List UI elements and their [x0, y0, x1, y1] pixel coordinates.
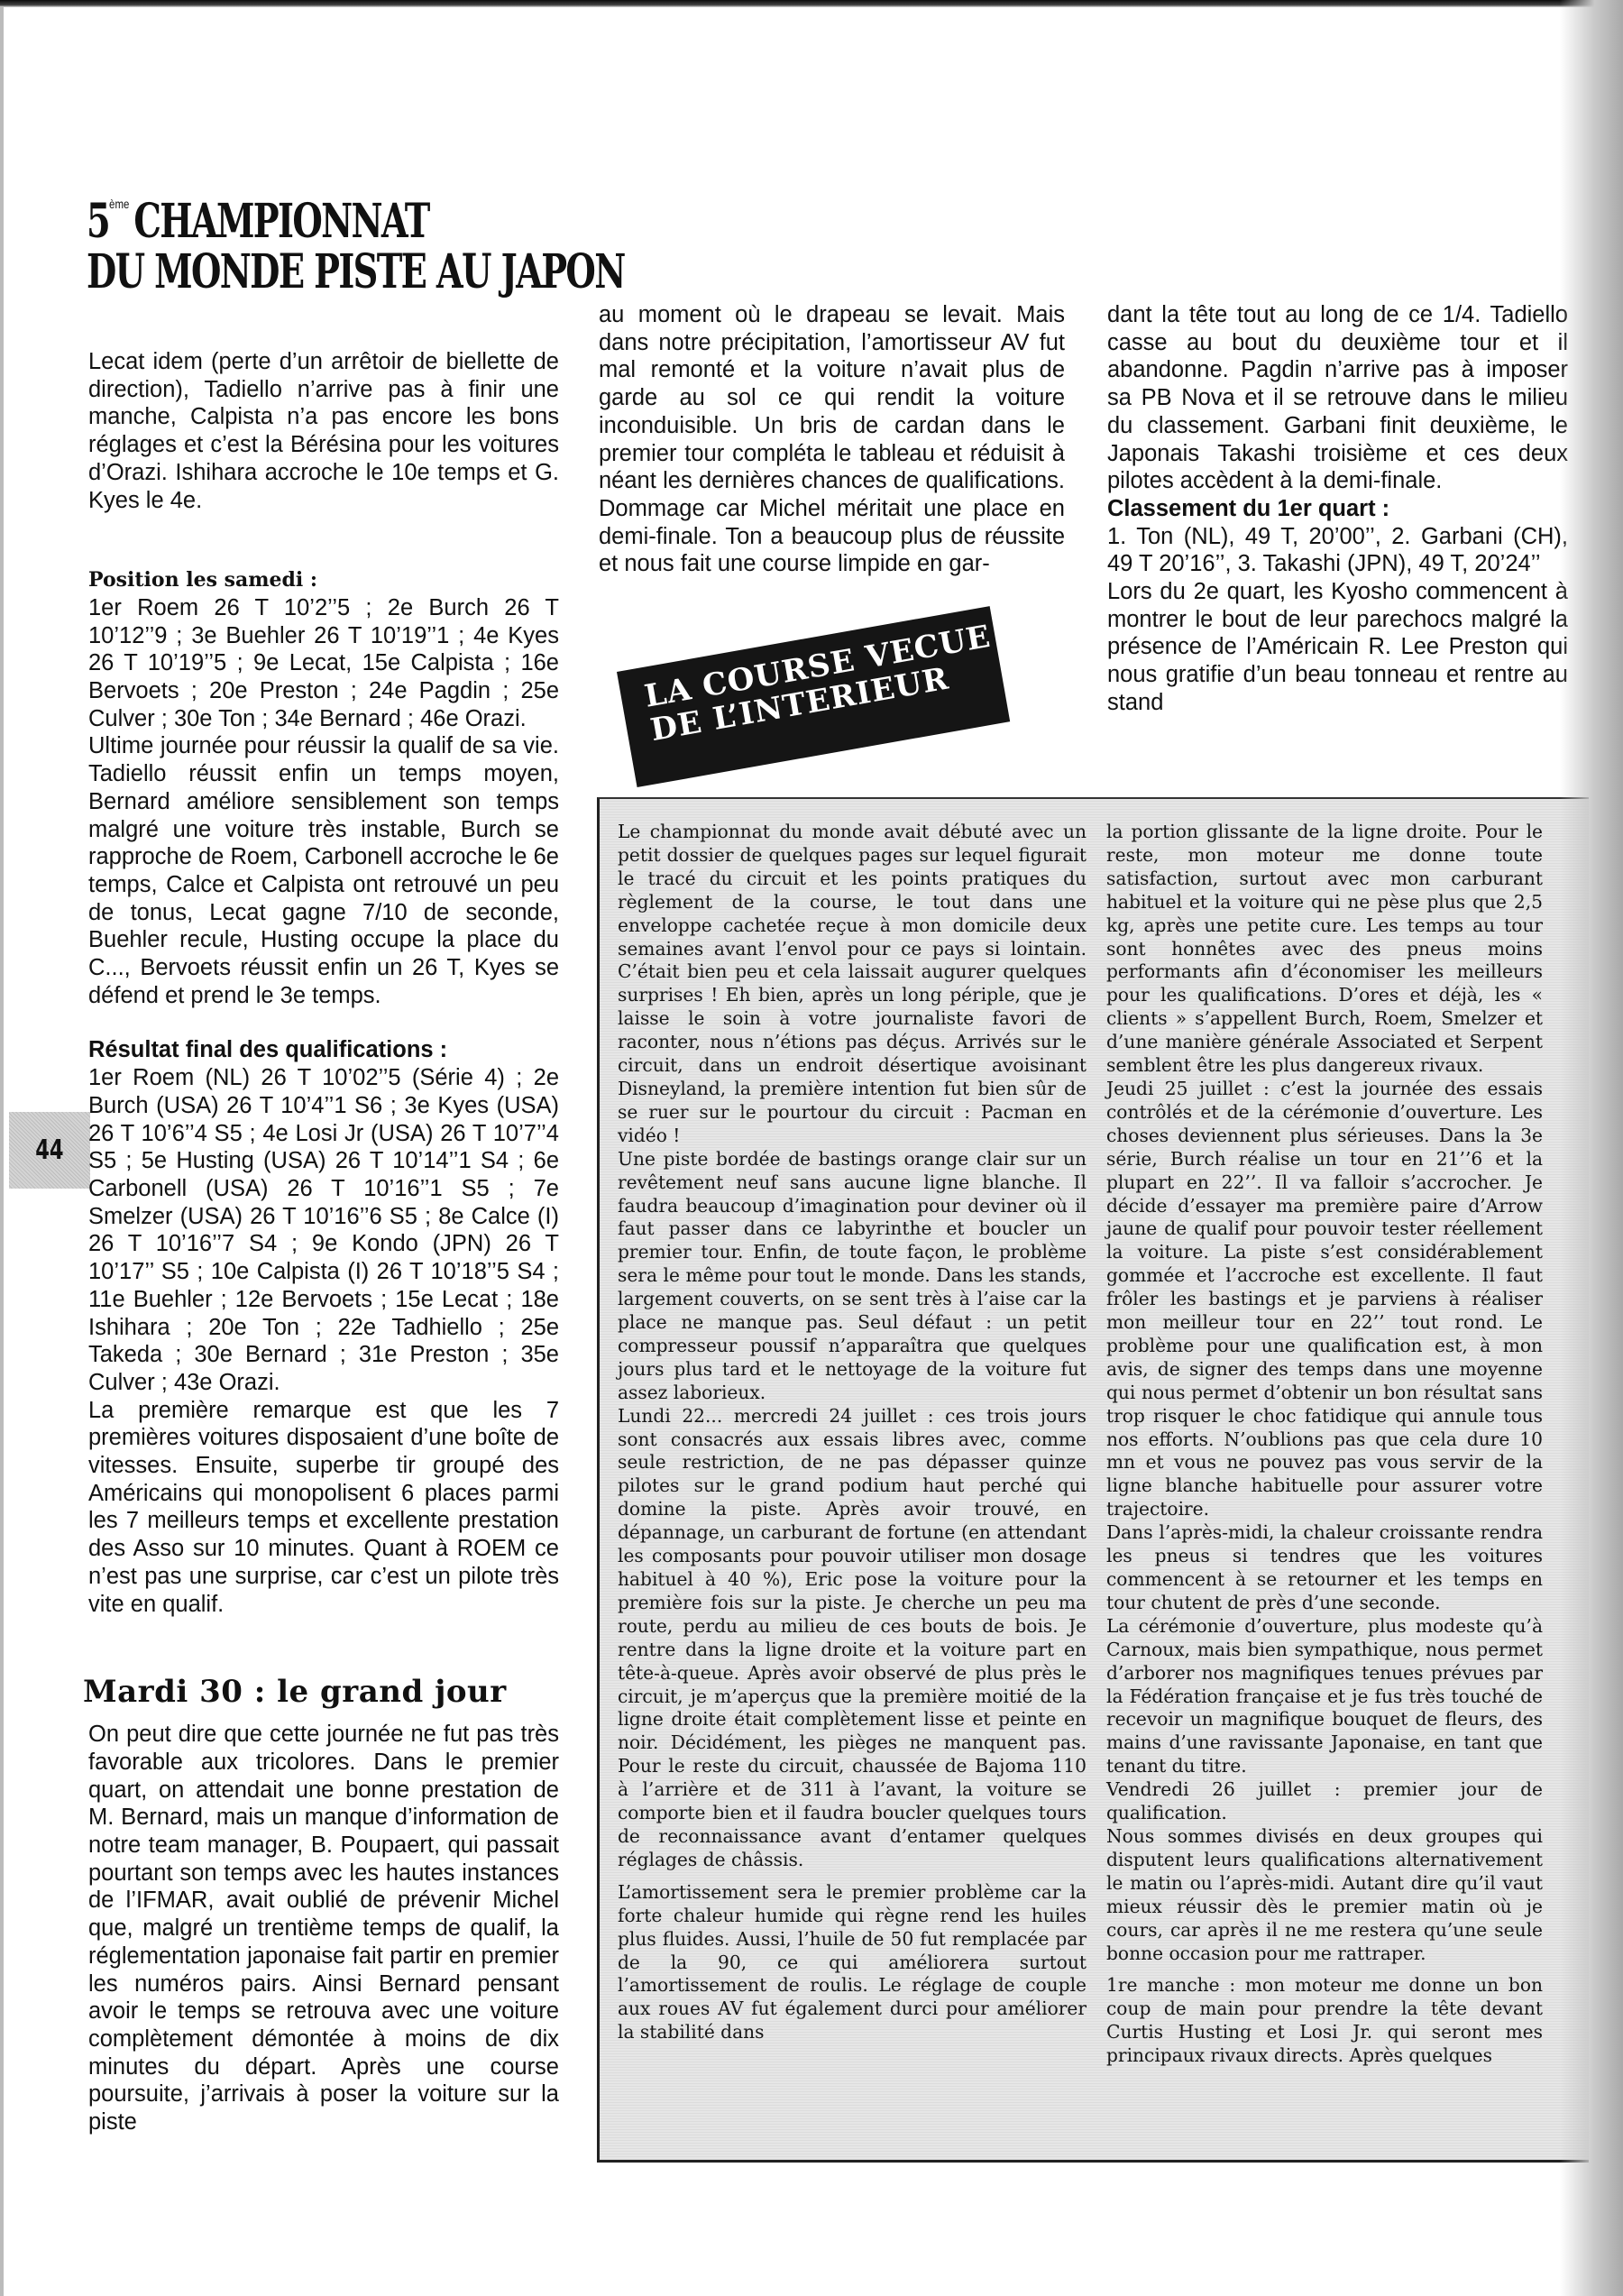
article-title: 5èmeCHAMPIONNAT DU MONDE PISTE AU JAPON	[87, 179, 500, 298]
paragraph: Lors du 2e quart, les Kyosho commencent …	[1107, 578, 1568, 717]
paragraph: Ultime journée pour réussir la qualif de…	[88, 732, 559, 1009]
column-3: dant la tête tout au long de ce 1/4. Tad…	[1107, 301, 1568, 717]
spacer	[88, 514, 559, 566]
sidebar-column-left: Le championnat du monde avait débuté ave…	[618, 821, 1087, 2044]
spacer	[88, 1618, 559, 1674]
paragraph: 1er Roem (NL) 26 T 10’02’’5 (Série 4) ; …	[88, 1064, 559, 1396]
paragraph: 1. Ton (NL), 49 T, 20’00’’, 2. Garbani (…	[1107, 523, 1568, 578]
section-heading-mardi: Mardi 30 : le grand jour	[83, 1674, 559, 1710]
paragraph: 1er Roem 26 T 10’2’’5 ; 2e Burch 26 T 10…	[88, 594, 559, 733]
page-top-shadow	[0, 0, 1623, 7]
sidebar-paragraph: Vendredi 26 juillet : premier jour de qu…	[1106, 1778, 1543, 1825]
sidebar-paragraph: Le championnat du monde avait débuté ave…	[618, 821, 1087, 1148]
page-number: 44	[35, 1134, 63, 1166]
paragraph: On peut dire que cette journée ne fut pa…	[88, 1721, 559, 2136]
title-superscript: ème	[109, 197, 129, 211]
sidebar-paragraph: Une piste bordée de bastings orange clai…	[618, 1148, 1087, 1405]
paragraph: La première remarque est que les 7 premi…	[88, 1397, 559, 1619]
sidebar-paragraph: la portion glissante de la ligne droite.…	[1106, 821, 1543, 1078]
sidebar-paragraph: La cérémonie d’ouverture, plus modeste q…	[1106, 1615, 1543, 1778]
sidebar-paragraph: Nous sommes divisés en deux groupes qui …	[1106, 1825, 1543, 1965]
subheading-position: Position les samedi :	[88, 566, 559, 594]
sidebar-paragraph: L’amortissement sera le premier problème…	[618, 1881, 1087, 2044]
page-left-edge	[0, 0, 4, 2296]
title-line-1: 5èmeCHAMPIONNAT	[87, 179, 500, 247]
paragraph: au moment où le drapeau se levait. Mais …	[599, 301, 1065, 578]
sidebar-paragraph: Lundi 22... mercredi 24 juillet : ces tr…	[618, 1405, 1087, 1872]
sidebar-box: Le championnat du monde avait débuté ave…	[597, 797, 1589, 2163]
page-number-tab: 44	[9, 1112, 90, 1189]
subheading-resultat: Résultat final des qualifications :	[88, 1036, 559, 1064]
page-curl-shadow	[1560, 0, 1623, 2296]
sidebar-paragraph: 1re manche : mon moteur me donne un bon …	[1106, 1974, 1543, 2068]
sidebar-banner: LA COURSE VECUE DE L’INTERIEUR	[617, 606, 1010, 787]
sidebar-paragraph: Jeudi 25 juillet : c’est la journée des …	[1106, 1078, 1543, 1521]
paragraph: Lecat idem (perte d’un arrêtoir de biell…	[88, 348, 559, 514]
column-2: au moment où le drapeau se levait. Mais …	[599, 301, 1065, 578]
column-1: Lecat idem (perte d’un arrêtoir de biell…	[88, 348, 559, 2136]
spacer	[88, 1009, 559, 1036]
title-line-2: DU MONDE PISTE AU JAPON	[87, 247, 500, 298]
sidebar-column-right: la portion glissante de la ligne droite.…	[1106, 821, 1543, 2068]
paragraph: dant la tête tout au long de ce 1/4. Tad…	[1107, 301, 1568, 495]
subheading-classement: Classement du 1er quart :	[1107, 495, 1568, 523]
sidebar-paragraph: Dans l’après-midi, la chaleur croissante…	[1106, 1521, 1543, 1615]
